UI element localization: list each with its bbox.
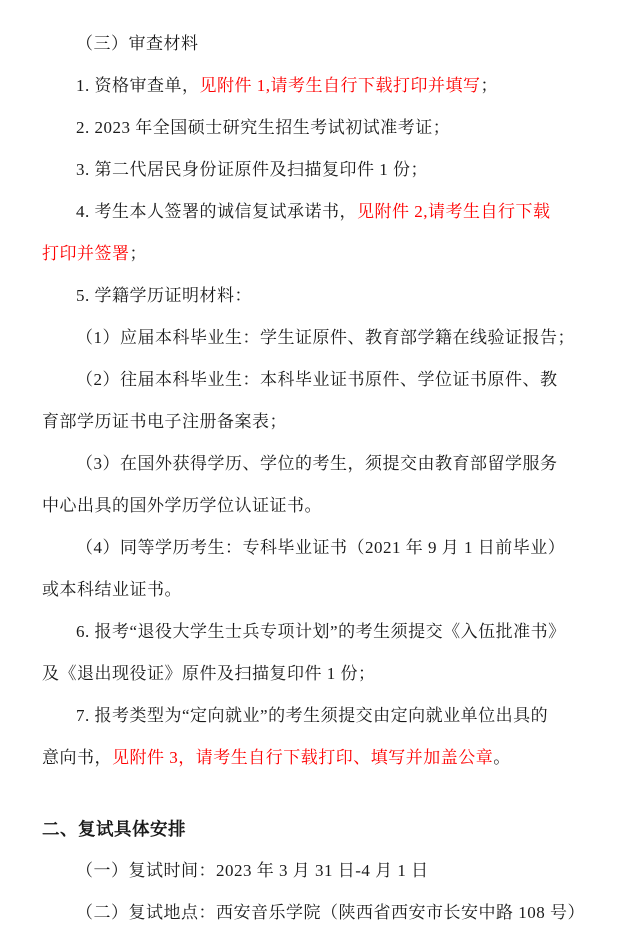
- arrangement-location: （二）复试地点：西安音乐学院（陕西省西安市长安中路 108 号）: [42, 892, 591, 934]
- item5-4-cont-text: 或本科结业证书。: [42, 580, 182, 599]
- item5-3-text: （3）在国外获得学历、学位的考生，须提交由教育部留学服务: [76, 454, 558, 473]
- section-heading-arrangement: 二、复试具体安排: [42, 808, 591, 850]
- item4-end-punct: ；: [130, 244, 148, 263]
- list-item-6: 6. 报考“退役大学生士兵专项计划”的考生须提交《入伍批准书》: [42, 611, 591, 653]
- item7-cont-text: 意向书，: [42, 748, 112, 767]
- list-item-7-continuation: 意向书，见附件 3，请考生自行下载打印、填写并加盖公章。: [42, 737, 591, 779]
- list-item-2: 2. 2023 年全国硕士研究生招生考试初试准考证；: [42, 107, 591, 149]
- item4-red-note-cont: 打印并签署: [42, 244, 130, 263]
- item2-text: 2. 2023 年全国硕士研究生招生考试初试准考证；: [76, 118, 450, 137]
- list-item-5-sub-3-continuation: 中心出具的国外学历学位认证证书。: [42, 485, 591, 527]
- item4-text: 4. 考生本人签署的诚信复试承诺书，: [76, 202, 357, 221]
- list-item-5-sub-4: （4）同等学历考生：专科毕业证书（2021 年 9 月 1 日前毕业）: [42, 527, 591, 569]
- arrangement-time: （一）复试时间：2023 年 3 月 31 日-4 月 1 日: [42, 850, 591, 892]
- item6-text: 6. 报考“退役大学生士兵专项计划”的考生须提交《入伍批准书》: [76, 622, 566, 641]
- item1-text: 1. 资格审查单，: [76, 76, 200, 95]
- list-item-5-sub-3: （3）在国外获得学历、学位的考生，须提交由教育部留学服务: [42, 443, 591, 485]
- list-item-3: 3. 第二代居民身份证原件及扫描复印件 1 份；: [42, 149, 591, 191]
- item5-4-text: （4）同等学历考生：专科毕业证书（2021 年 9 月 1 日前毕业）: [76, 538, 565, 557]
- list-item-5-sub-4-continuation: 或本科结业证书。: [42, 569, 591, 611]
- item7-red-note: 见附件 3，请考生自行下载打印、填写并加盖公章: [112, 748, 493, 767]
- section-spacer: [42, 779, 591, 808]
- list-item-7: 7. 报考类型为“定向就业”的考生须提交由定向就业单位出具的: [42, 695, 591, 737]
- list-item-4: 4. 考生本人签署的诚信复试承诺书，见附件 2,请考生自行下载: [42, 191, 591, 233]
- item1-end-punct: ；: [481, 76, 499, 95]
- list-item-4-continuation: 打印并签署；: [42, 233, 591, 275]
- item4-red-note: 见附件 2,请考生自行下载: [357, 202, 551, 221]
- arrangement-location-text: （二）复试地点：西安音乐学院（陕西省西安市长安中路 108 号）: [76, 903, 585, 922]
- item5-3-cont-text: 中心出具的国外学历学位认证证书。: [42, 496, 322, 515]
- list-item-1: 1. 资格审查单，见附件 1,请考生自行下载打印并填写；: [42, 65, 591, 107]
- list-item-5-sub-1: （1）应届本科毕业生：学生证原件、教育部学籍在线验证报告；: [42, 317, 591, 359]
- item7-text: 7. 报考类型为“定向就业”的考生须提交由定向就业单位出具的: [76, 706, 548, 725]
- section-heading-text: 二、复试具体安排: [42, 819, 186, 839]
- item7-end-punct: 。: [493, 748, 511, 767]
- list-item-6-continuation: 及《退出现役证》原件及扫描复印件 1 份；: [42, 653, 591, 695]
- list-item-5-sub-2-continuation: 育部学历证书电子注册备案表；: [42, 401, 591, 443]
- item5-2-cont-text: 育部学历证书电子注册备案表；: [42, 412, 287, 431]
- item3-text: 3. 第二代居民身份证原件及扫描复印件 1 份；: [76, 160, 428, 179]
- list-item-5-sub-2: （2）往届本科毕业生：本科毕业证书原件、学位证书原件、教: [42, 359, 591, 401]
- item5-1-text: （1）应届本科毕业生：学生证原件、教育部学籍在线验证报告；: [76, 328, 575, 347]
- item5-text: 5. 学籍学历证明材料：: [76, 286, 252, 305]
- item6-cont-text: 及《退出现役证》原件及扫描复印件 1 份；: [42, 664, 376, 683]
- arrangement-time-text: （一）复试时间：2023 年 3 月 31 日-4 月 1 日: [76, 861, 429, 880]
- list-item-5: 5. 学籍学历证明材料：: [42, 275, 591, 317]
- document-page: （三）审查材料 1. 资格审查单，见附件 1,请考生自行下载打印并填写； 2. …: [0, 0, 631, 939]
- item5-2-text: （2）往届本科毕业生：本科毕业证书原件、学位证书原件、教: [76, 370, 558, 389]
- section-title-text: （三）审查材料: [76, 34, 199, 53]
- item1-red-note: 见附件 1,请考生自行下载打印并填写: [200, 76, 481, 95]
- section-title-review-materials: （三）审查材料: [42, 23, 591, 65]
